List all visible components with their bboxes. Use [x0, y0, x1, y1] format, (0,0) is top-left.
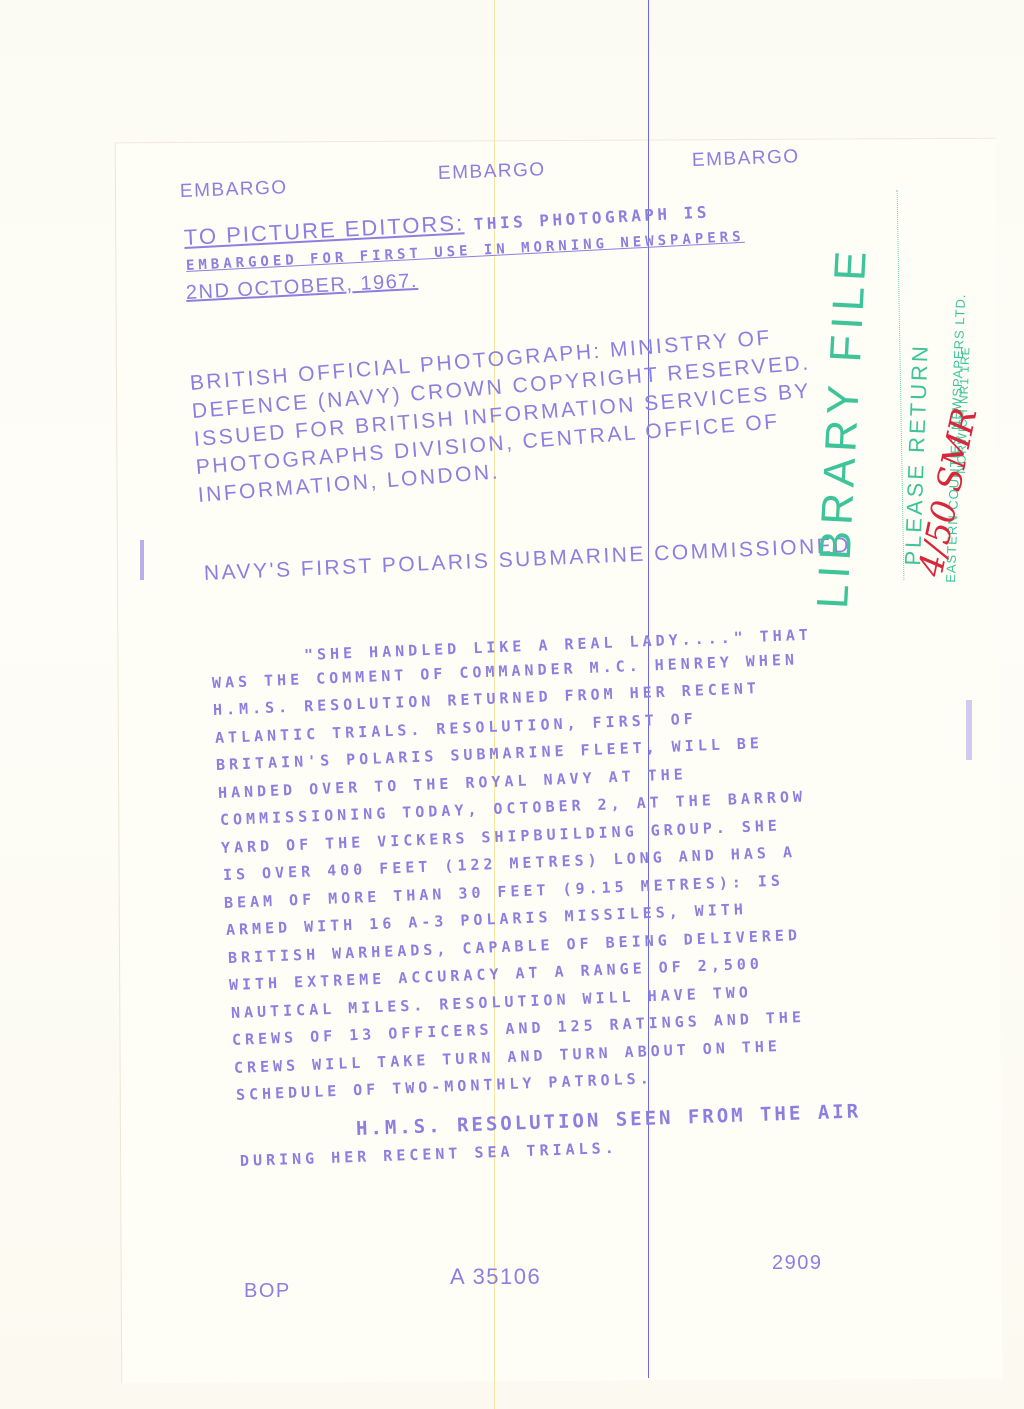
edge-ink-mark [140, 540, 144, 580]
embargo-label: EMBARGO [438, 159, 546, 185]
edge-ink-mark [966, 700, 972, 760]
footer-right-code: 2909 [772, 1252, 823, 1275]
footer-left-code: BOP [244, 1280, 291, 1303]
embargo-label: EMBARGO [692, 146, 800, 172]
embargo-label: EMBARGO [180, 177, 288, 203]
footer-reference: A 35106 [450, 1264, 541, 1290]
